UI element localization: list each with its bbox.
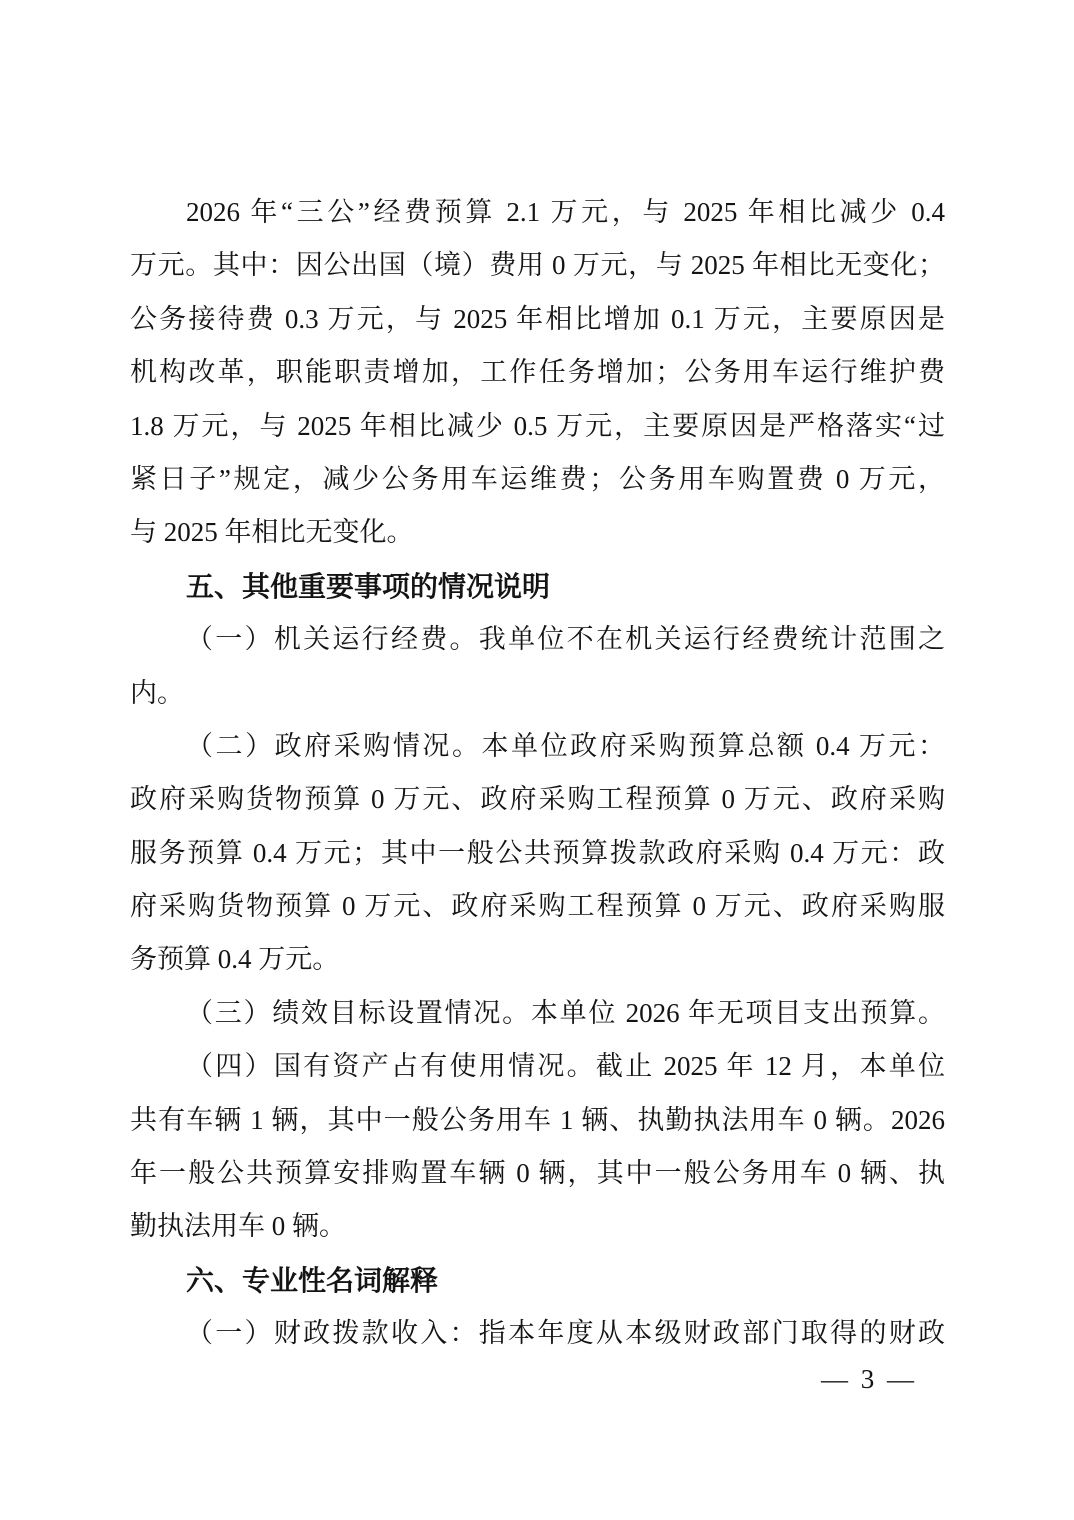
text-line: （三）绩效目标设置情况。本单位 2026 年无项目支出预算。	[130, 987, 945, 1040]
document-content: 2026 年“三公”经费预算 2.1 万元，与 2025 年相比减少 0.4万元…	[130, 186, 945, 1361]
text-line: （一）机关运行经费。我单位不在机关运行经费统计范围之	[130, 613, 945, 666]
text-line: 服务预算 0.4 万元；其中一般公共预算拨款政府采购 0.4 万元：政	[130, 827, 945, 880]
text-line: 年一般公共预算安排购置车辆 0 辆，其中一般公务用车 0 辆、执	[130, 1147, 945, 1200]
text-line: 机构改革，职能职责增加，工作任务增加；公务用车运行维护费	[130, 346, 945, 399]
text-line: 公务接待费 0.3 万元，与 2025 年相比增加 0.1 万元，主要原因是	[130, 293, 945, 346]
text-line: 共有车辆 1 辆，其中一般公务用车 1 辆、执勤执法用车 0 辆。2026	[130, 1094, 945, 1147]
text-line: 内。	[130, 667, 945, 720]
text-line: 务预算 0.4 万元。	[130, 933, 945, 986]
text-line: （二）政府采购情况。本单位政府采购预算总额 0.4 万元：	[130, 720, 945, 773]
text-line: （一）财政拨款收入：指本年度从本级财政部门取得的财政	[130, 1307, 945, 1360]
document-page: 2026 年“三公”经费预算 2.1 万元，与 2025 年相比减少 0.4万元…	[0, 0, 1074, 1520]
section-heading: 六、专业性名词解释	[130, 1254, 945, 1307]
section-heading: 五、其他重要事项的情况说明	[130, 560, 945, 613]
text-line: 紧日子”规定，减少公务用车运维费；公务用车购置费 0 万元，	[130, 453, 945, 506]
page-number: — 3 —	[821, 1364, 917, 1395]
text-line: 与 2025 年相比无变化。	[130, 506, 945, 559]
text-line: 2026 年“三公”经费预算 2.1 万元，与 2025 年相比减少 0.4	[130, 186, 945, 239]
text-line: 1.8 万元，与 2025 年相比减少 0.5 万元，主要原因是严格落实“过	[130, 400, 945, 453]
text-line: 勤执法用车 0 辆。	[130, 1200, 945, 1253]
text-line: （四）国有资产占有使用情况。截止 2025 年 12 月，本单位	[130, 1040, 945, 1093]
text-line: 府采购货物预算 0 万元、政府采购工程预算 0 万元、政府采购服	[130, 880, 945, 933]
text-line: 政府采购货物预算 0 万元、政府采购工程预算 0 万元、政府采购	[130, 773, 945, 826]
text-line: 万元。其中：因公出国（境）费用 0 万元，与 2025 年相比无变化；	[130, 239, 945, 292]
